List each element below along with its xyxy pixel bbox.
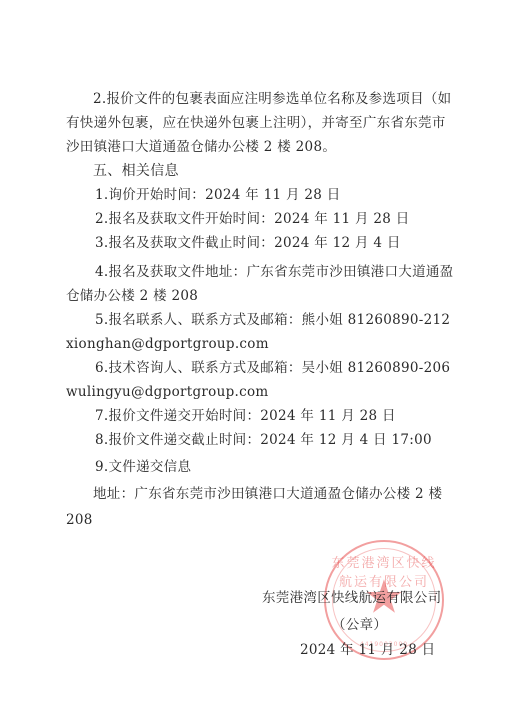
info-item-5-line1: 5.报名联系人、联系方式及邮箱：熊小姐 81260890-212 (95, 311, 450, 329)
document-page: 2.报价文件的包裹表面应注明参选单位名称及参选项目（如 有快递外包裹，应在快递外… (0, 0, 509, 719)
signature-date: 2024 年 11 月 28 日 (300, 638, 435, 658)
signature-seal-note: （公章） (332, 613, 387, 633)
info-item-4-line1: 4.报名及获取文件地址：广东省东莞市沙田镇港口大道通盈 (95, 263, 453, 281)
info-item-8: 8.报价文件递交截止时间：2024 年 12 月 4 日 17:00 (95, 431, 432, 449)
contact-email-1: xionghan@dgportgroup.com (66, 335, 269, 353)
contact-email-2: wulingyu@dgportgroup.com (66, 383, 269, 401)
address-line1: 地址：广东省东莞市沙田镇港口大道通盈仓储办公楼 2 楼 (93, 485, 442, 503)
address-line2: 208 (66, 511, 93, 529)
info-item-4-line2: 仓储办公楼 2 楼 208 (66, 287, 198, 305)
info-item-1: 1.询价开始时间：2024 年 11 月 28 日 (95, 186, 341, 204)
item2-line3: 沙田镇港口大道通盈仓储办公楼 2 楼 208。 (66, 138, 336, 156)
item2-line1: 2.报价文件的包裹表面应注明参选单位名称及参选项目（如 (93, 90, 451, 108)
info-item-9: 9.文件递交信息 (95, 458, 191, 476)
signature-company: 东莞港湾区快线航运有限公司 (262, 586, 441, 606)
info-item-2: 2.报名及获取文件开始时间：2024 年 11 月 28 日 (95, 210, 410, 228)
info-item-3: 3.报名及获取文件截止时间：2024 年 12 月 4 日 (95, 234, 401, 252)
section-heading: 五、相关信息 (93, 162, 179, 180)
info-item-6-line1: 6.技术咨询人、联系方式及邮箱：吴小姐 81260890-206 (95, 359, 450, 377)
item2-line2: 有快递外包裹，应在快递外包裹上注明），并寄至广东省东莞市 (66, 114, 446, 132)
info-item-7: 7.报价文件递交开始时间：2024 年 11 月 28 日 (95, 407, 396, 425)
